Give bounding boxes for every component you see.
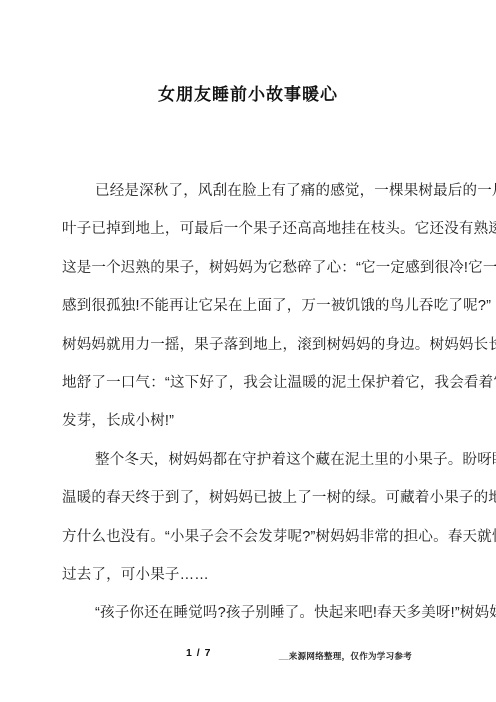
source-note: __来源网络整理，仅作为学习参考	[279, 650, 412, 662]
text-line: 已经是深秋了，风刮在脸上有了痛的感觉，一棵果树最后的一片	[62, 172, 434, 210]
text-line: 叶子已掉到地上，可最后一个果子还高高地挂在枝头。它还没有熟透。	[62, 210, 434, 248]
text-line: 整个冬天，树妈妈都在守护着这个藏在泥土里的小果子。盼呀盼，	[62, 441, 434, 479]
page-number: 1 / 7	[186, 647, 211, 659]
text-line: “孩子你还在睡觉吗?孩子别睡了。快起来吧!春天多美呀!”树妈妈	[62, 594, 434, 632]
text-line: 发芽，长成小树!”	[62, 402, 434, 440]
text-line: 方什么也没有。“小果子会不会发芽呢?”树妈妈非常的担心。春天就快	[62, 518, 434, 556]
text-line: 地舒了一口气：“这下好了，我会让温暖的泥土保护着它，我会看着它	[62, 364, 434, 402]
text-line: 这是一个迟熟的果子，树妈妈为它愁碎了心：“它一定感到很冷!它一定	[62, 249, 434, 287]
document-title: 女朋友睡前小故事暖心	[0, 80, 496, 105]
document-body: 已经是深秋了，风刮在脸上有了痛的感觉，一棵果树最后的一片叶子已掉到地上，可最后一…	[62, 172, 434, 633]
text-line: 感到很孤独!不能再让它呆在上面了，万一被饥饿的鸟儿吞吃了呢?”	[62, 287, 434, 325]
text-line: 过去了，可小果子……	[62, 556, 434, 594]
text-line: 温暖的春天终于到了，树妈妈已披上了一树的绿。可藏着小果子的地	[62, 479, 434, 517]
text-line: 树妈妈就用力一摇，果子落到地上，滚到树妈妈的身边。树妈妈长长	[62, 326, 434, 364]
document-page: 女朋友睡前小故事暖心 已经是深秋了，风刮在脸上有了痛的感觉，一棵果树最后的一片叶…	[0, 0, 496, 702]
